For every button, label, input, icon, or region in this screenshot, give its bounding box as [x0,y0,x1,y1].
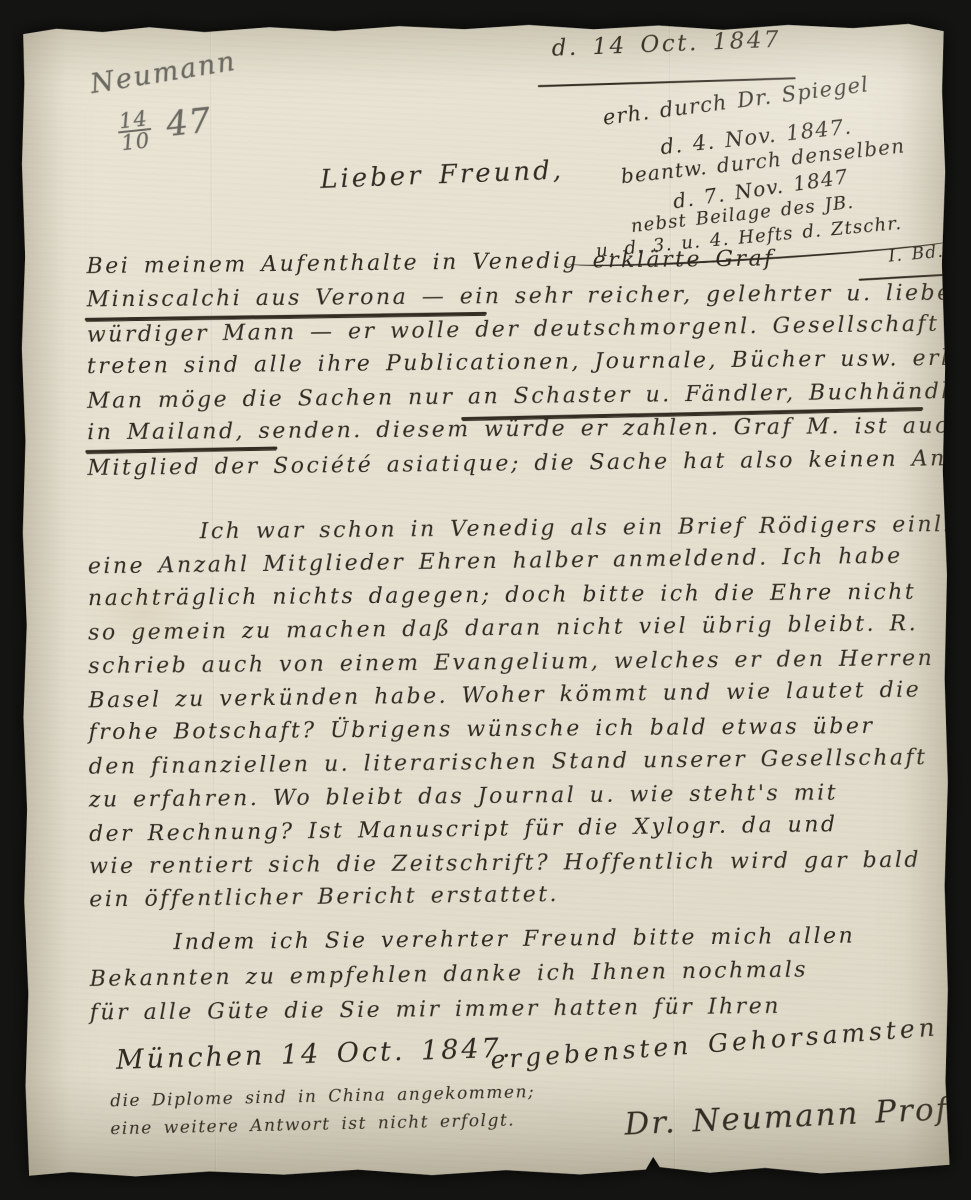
letter-line: Indem ich Sie verehrter Freund bitte mic… [173,924,855,956]
letter-line: würdiger Mann — er wolle der deutschmorg… [87,311,971,348]
letter-line: eine Anzahl Mitglieder Ehren halber anme… [88,544,903,580]
place-date-line: München 14 Oct. 1847. [116,1033,514,1076]
letter-line: so gemein zu machen daß daran nicht viel… [88,611,918,645]
salutation: Lieber Freund, [320,155,565,195]
letter-line: Mitglied der Société asiatique; die Sach… [87,445,971,481]
letter-line: ein öffentlicher Bericht erstattet. [89,882,559,912]
pencil-owner-note-name: Neumann [88,46,239,100]
letter-line: Ich war schon in Venedig als ein Brief R… [200,512,971,544]
enclosure-note-line-3: I. Bd. [888,242,945,267]
underline-in-mailand [85,447,277,454]
pencil-year: 47 [164,100,213,145]
scan-background: { "colors": { "background": "#141412", "… [0,0,971,1200]
letter-paper-wrapper: Neumann 1410 47 d. 14 Oct. 1847 erh. dur… [19,22,950,1178]
letter-line: Man möge die Sachen nur an Schaster u. F… [87,379,971,414]
letter-line: Bei meinem Aufenthalte in Venedig erklär… [86,246,775,279]
postscript-line: die Diplome sind in China angekommen; [110,1082,535,1111]
postscript-line: eine weitere Antwort ist nicht erfolgt. [110,1110,515,1139]
signature: Dr. Neumann Prof. [624,1091,961,1143]
valediction: ergebensten Gehorsamsten [489,1012,939,1074]
letter-line: Basel zu verkünden habe. Woher kömmt und… [88,677,921,713]
pencil-date-fraction: 1410 [116,108,153,153]
ink-date-note: d. 14 Oct. 1847 [551,27,781,62]
letter-line: zu erfahren. Wo bleibt das Journal u. wi… [89,781,838,813]
letter-line: schrieb auch von einem Evangelium, welch… [88,646,971,680]
letter-line: der Rechnung? Ist Manuscript für die Xyl… [89,812,838,847]
letter-line: für alle Güte die Sie mir immer hatten f… [90,994,781,1026]
letter-line: treten sind alle ihre Publicationen, Jou… [87,345,971,379]
letter-paper: Neumann 1410 47 d. 14 Oct. 1847 erh. dur… [19,22,950,1178]
pencil-owner-note-date: 1410 47 [116,100,214,153]
letter-line: wie rentiert sich die Zeitschrift? Hoffe… [89,848,921,880]
letter-line: nachträglich nichts dagegen; doch bitte … [88,580,916,612]
letter-line: in Mailand, senden. diesem würde er zahl… [87,413,966,445]
letter-line: Miniscalchi aus Verona — ein sehr reiche… [87,280,971,312]
letter-line: Bekannten zu empfehlen danke ich Ihnen n… [90,957,809,991]
letter-line: den finanziellen u. literarischen Stand … [89,745,928,780]
pencil-fraction-denominator: 10 [118,130,153,153]
letter-line: frohe Botschaft? Übrigens wünsche ich ba… [88,714,874,745]
